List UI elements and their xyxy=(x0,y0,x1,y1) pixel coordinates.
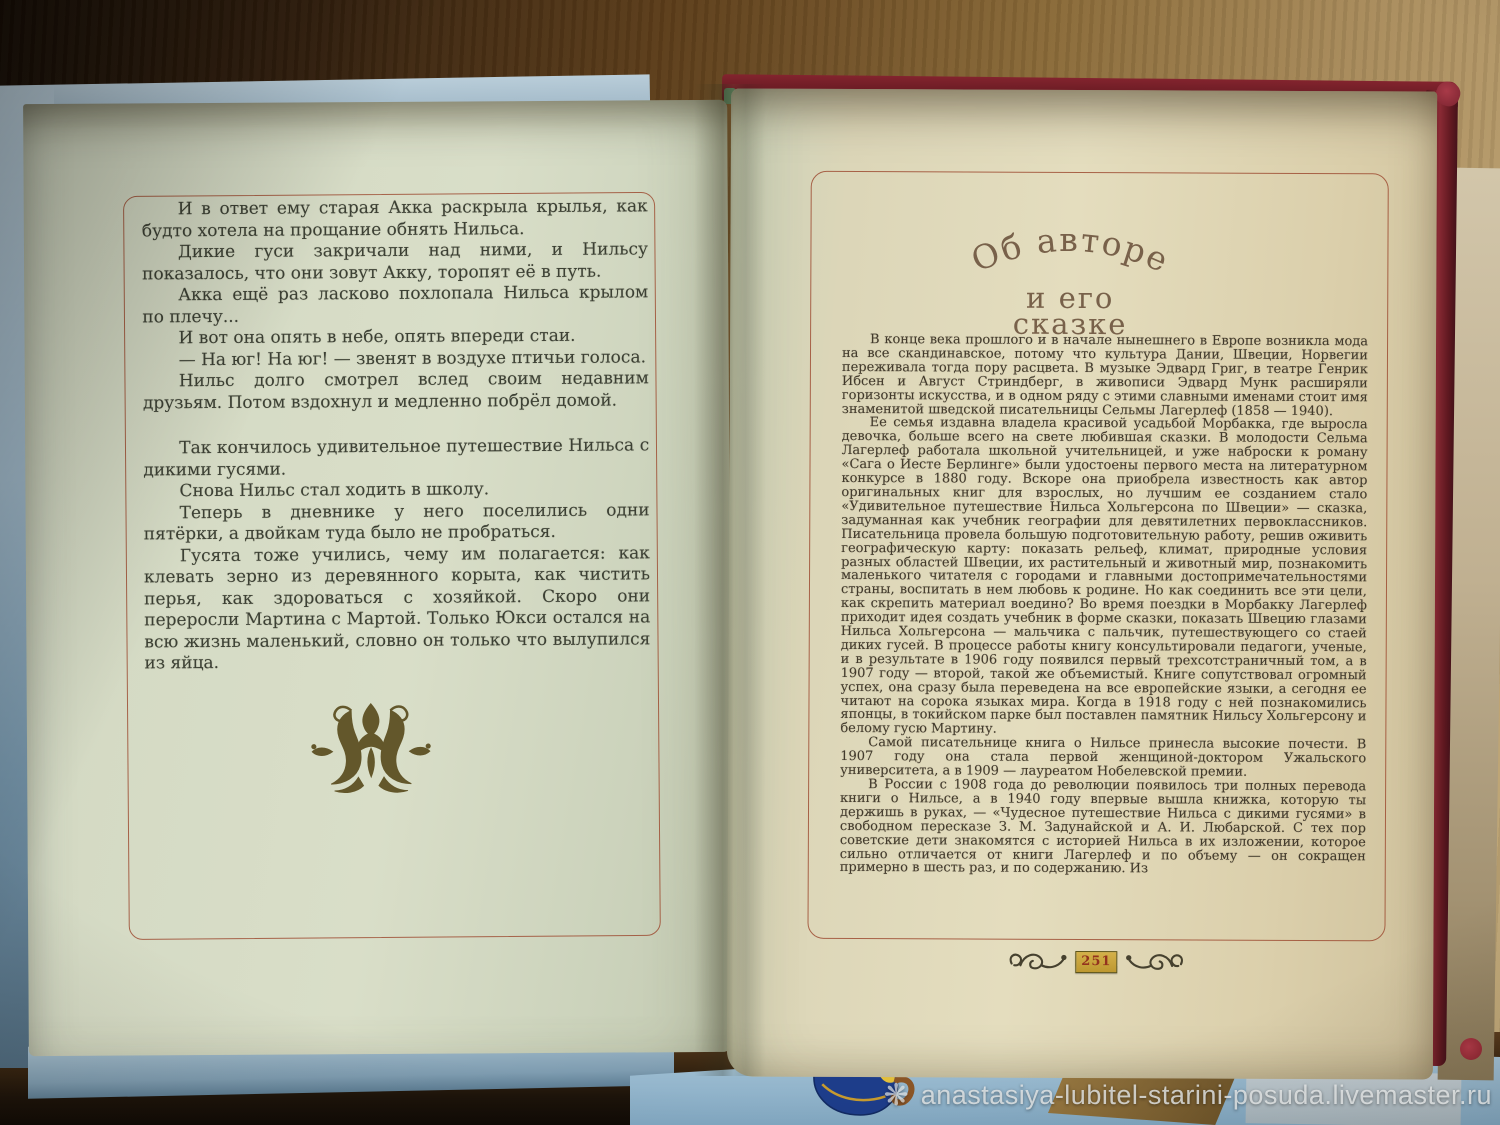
story-paragraph: Так кончилось удивительное путешествие Н… xyxy=(143,435,649,481)
photo-background: И в ответ ему старая Акка раскрыла крыль… xyxy=(0,0,1500,1125)
story-paragraph: Нильс долго смотрел вслед своим недавним… xyxy=(143,368,649,414)
story-paragraph: Теперь в дневнике у него поселились одни… xyxy=(144,500,650,546)
book-page-right: Об авторе и его сказке В конце века прош… xyxy=(727,88,1437,1079)
afterword-paragraph: Самой писательнице книга о Нильсе принес… xyxy=(840,736,1366,780)
afterword-paragraph: В конце века прошлого и в начале нынешне… xyxy=(842,333,1368,419)
section-title: Об авторе и его сказке xyxy=(920,205,1221,338)
floral-ornament-icon xyxy=(307,698,436,811)
story-epilogue-text: Так кончилось удивительное путешествие Н… xyxy=(143,435,650,675)
book-page-left: И в ответ ему старая Акка раскрыла крыль… xyxy=(23,100,733,1056)
flourish-right-icon xyxy=(1124,948,1186,976)
watermark-text: anastasiya-lubitel-starini-posuda.livema… xyxy=(921,1080,1492,1111)
watermark: ❋ anastasiya-lubitel-starini-posuda.live… xyxy=(884,1080,1492,1111)
afterword-paragraph: В России с 1908 года до революции появил… xyxy=(840,778,1366,878)
story-paragraph: Гусята тоже учились, чему им полагается:… xyxy=(144,543,651,675)
flourish-left-icon xyxy=(1006,948,1068,976)
story-paragraph: И вот она опять в небе, опять впереди ст… xyxy=(142,325,648,350)
page-number-badge: 251 xyxy=(1006,948,1186,977)
story-paragraph: — На юг! На юг! — звенят в воздухе птичь… xyxy=(143,347,649,372)
afterword-text: В конце века прошлого и в начале нынешне… xyxy=(839,333,1368,941)
page-number: 251 xyxy=(1075,951,1117,973)
snowflake-icon: ❋ xyxy=(884,1081,909,1111)
story-paragraph: Акка ещё раз ласково похлопала Нильса кр… xyxy=(142,282,648,328)
story-paragraph: И в ответ ему старая Акка раскрыла крыль… xyxy=(142,196,648,242)
story-paragraph: Снова Нильс стал ходить в школу. xyxy=(143,478,649,503)
book-cover-corner-bottom xyxy=(1460,1038,1482,1060)
afterword-paragraph: Ее семья издавна владела красивой усадьб… xyxy=(840,416,1367,738)
title-line-1: Об авторе xyxy=(966,219,1176,280)
story-paragraph: Дикие гуси закричали над ними, и Нильсу … xyxy=(142,239,648,285)
story-ending-text: И в ответ ему старая Акка раскрыла крыль… xyxy=(142,196,649,414)
